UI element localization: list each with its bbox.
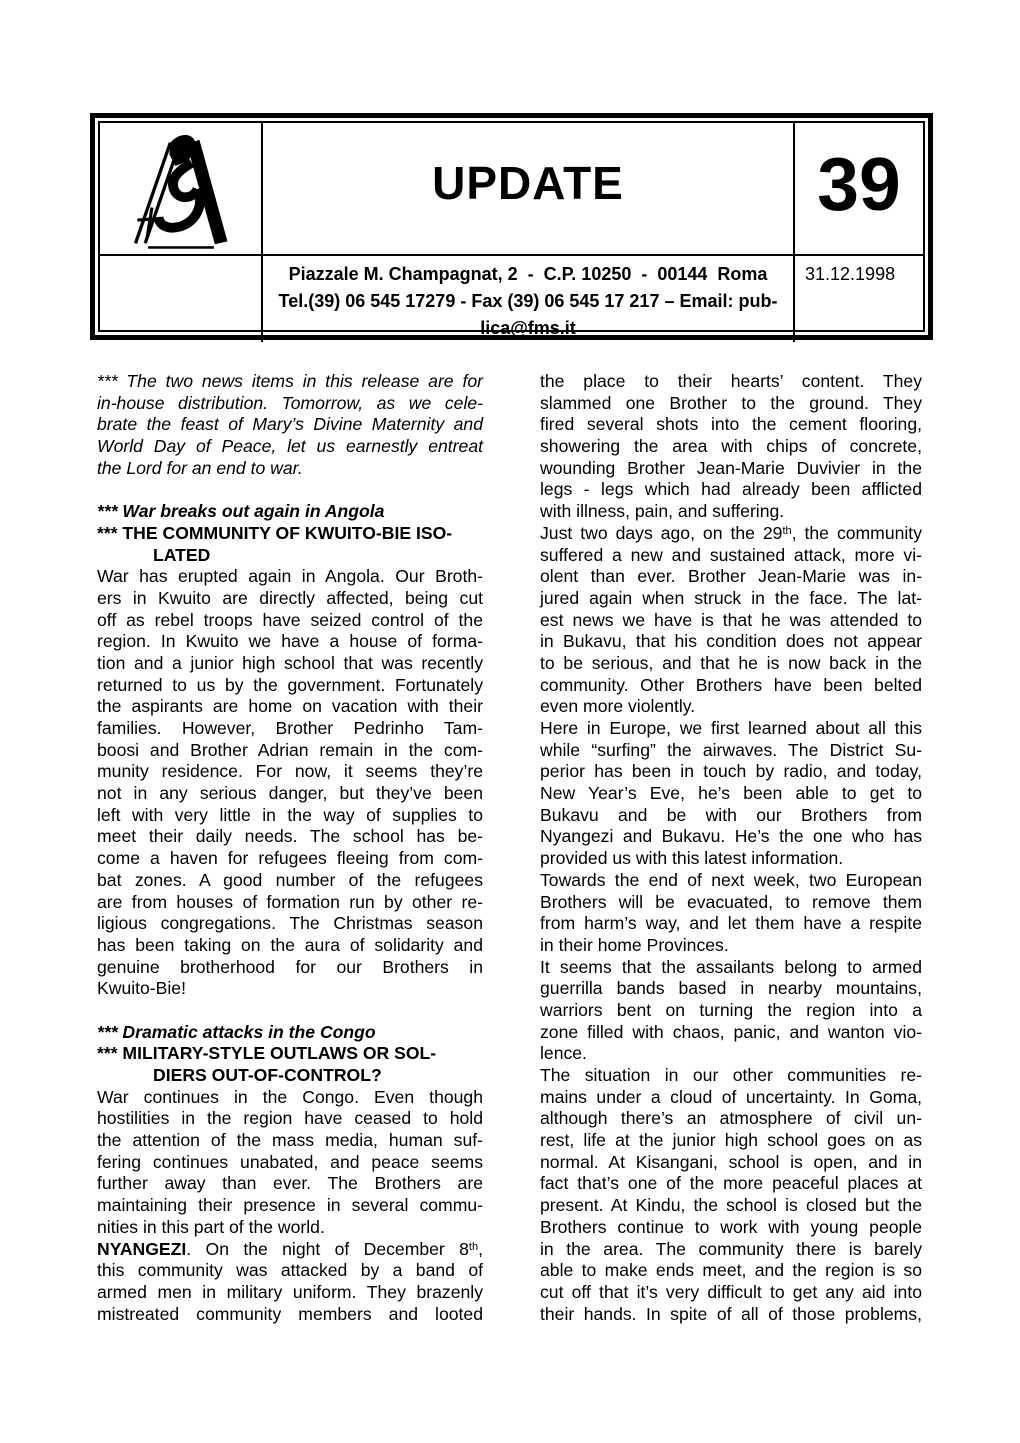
text-line: able to make ends meet, and the region i… [540, 1260, 922, 1282]
fms-marist-monogram-icon [125, 131, 237, 253]
article-body: *** The two news items in this release a… [97, 371, 922, 1325]
text-line: wounding Brother Jean-Marie Duvivier in … [540, 458, 922, 480]
paragraph: War continues in the Congo. Even thoughh… [97, 1087, 483, 1239]
text-line: lence. [540, 1043, 922, 1065]
paragraph: War has erupted again in Angola. Our Bro… [97, 566, 483, 1000]
title-cell: UPDATE [263, 123, 795, 256]
text-line: this community was attacked by a band of [97, 1260, 483, 1282]
newsletter-page: UPDATE 39 Piazzale M. Champagnat, 2 - C.… [0, 0, 1020, 1443]
text-line: present. At Kindu, the school is closed … [540, 1195, 922, 1217]
text-line: nities in this part of the world. [97, 1217, 483, 1239]
text-line: warriors bent on turning the region into… [540, 1000, 922, 1022]
issue-number: 39 [817, 147, 900, 222]
text-line: perior has been in touch by radio, and t… [540, 761, 922, 783]
text-line: *** MILITARY-STYLE OUTLAWS OR SOL- [97, 1043, 483, 1065]
text-line: off as rebel troops have seized control … [97, 610, 483, 632]
text-line: further away than ever. The Brothers are [97, 1173, 483, 1195]
text-line: jured again when struck in the face. The… [540, 588, 922, 610]
text-line: fering continues unabated, and peace see… [97, 1152, 483, 1174]
text-line: to be serious, and that he is now back i… [540, 653, 922, 675]
text-line: rest, life at the junior high school goe… [540, 1130, 922, 1152]
text-line: Towards the end of next week, two Europe… [540, 870, 922, 892]
text-line: fired several shots into the cement floo… [540, 414, 922, 436]
masthead: UPDATE 39 Piazzale M. Champagnat, 2 - C.… [90, 113, 933, 340]
text-line: Just two days ago, on the 29th, the comm… [540, 523, 922, 545]
text-line: armed men in military uniform. They braz… [97, 1282, 483, 1304]
text-line: Brothers continue to work with young peo… [540, 1217, 922, 1239]
date-text: 31.12.1998 [805, 264, 895, 284]
text-line: families. However, Brother Pedrinho Tam- [97, 718, 483, 740]
text-line: fact that’s one of the more peaceful pla… [540, 1173, 922, 1195]
text-line: War has erupted again in Angola. Our Bro… [97, 566, 483, 588]
text-line: suffered a new and sustained attack, mor… [540, 545, 922, 567]
text-line: LATED [97, 545, 483, 567]
text-line: tion and a junior high school that was r… [97, 653, 483, 675]
paragraph: The situation in our other communities r… [540, 1065, 922, 1325]
text-line: in Bukavu, that his condition does not a… [540, 631, 922, 653]
text-line: the place to their hearts’ content. They [540, 371, 922, 393]
text-line: mistreated community members and looted [97, 1304, 483, 1326]
section-heading: *** MILITARY-STYLE OUTLAWS OR SOL-DIERS … [97, 1043, 483, 1086]
text-line: left with very little in the way of supp… [97, 805, 483, 827]
text-line: come a haven for refugees fleeing from c… [97, 848, 483, 870]
text-line: New Year’s Eve, he’s been able to get to [540, 783, 922, 805]
text-line: War continues in the Congo. Even though [97, 1087, 483, 1109]
text-line: while “surfing” the airwaves. The Distri… [540, 740, 922, 762]
text-line: the aspirants are home on vacation with … [97, 696, 483, 718]
text-line: Kwuito-Bie! [97, 978, 483, 1000]
text-line: Nyangezi and Bukavu. He’s the one who ha… [540, 826, 922, 848]
text-line: in-house distribution. Tomorrow, as we c… [97, 393, 483, 415]
paragraph: Here in Europe, we first learned about a… [540, 718, 922, 870]
newsletter-title: UPDATE [432, 156, 624, 210]
text-line: munity residence. For now, it seems they… [97, 761, 483, 783]
text-line: olent than ever. Brother Jean-Marie was … [540, 566, 922, 588]
text-line: est news we have is that he was attended… [540, 610, 922, 632]
publication-date: 31.12.1998 [795, 256, 923, 342]
address-line: Piazzale M. Champagnat, 2 - C.P. 10250 -… [263, 261, 793, 288]
text-line: ligious congregations. The Christmas sea… [97, 913, 483, 935]
text-line: NYANGEZI. On the night of December 8th, [97, 1239, 483, 1261]
section-heading: *** War breaks out again in Angola [97, 501, 483, 523]
text-line: even more violently. [540, 696, 922, 718]
paragraph: Just two days ago, on the 29th, the comm… [540, 523, 922, 718]
text-line: bat zones. A good number of the refugees [97, 870, 483, 892]
text-line: their hands. In spite of all of those pr… [540, 1304, 922, 1326]
text-line: the attention of the mass media, human s… [97, 1130, 483, 1152]
text-line: *** THE COMMUNITY OF KWUITO-BIE ISO- [97, 523, 483, 545]
text-line: maintaining their presence in several co… [97, 1195, 483, 1217]
section-heading: *** Dramatic attacks in the Congo [97, 1022, 483, 1044]
paragraph: the place to their hearts’ content. They… [540, 371, 922, 523]
text-line: has been taking on the aura of solidarit… [97, 935, 483, 957]
text-line: from harm’s way, and let them have a res… [540, 913, 922, 935]
masthead-table: UPDATE 39 Piazzale M. Champagnat, 2 - C.… [98, 121, 925, 332]
text-line: World Day of Peace, let us earnestly ent… [97, 436, 483, 458]
left-column: *** The two news items in this release a… [97, 371, 483, 1325]
text-line: *** Dramatic attacks in the Congo [97, 1022, 483, 1044]
text-line: returned to us by the government. Fortun… [97, 675, 483, 697]
paragraph: It seems that the assailants belong to a… [540, 957, 922, 1065]
text-line: *** The two news items in this release a… [97, 371, 483, 393]
text-line: slammed one Brother to the ground. They [540, 393, 922, 415]
section-heading: *** THE COMMUNITY OF KWUITO-BIE ISO-LATE… [97, 523, 483, 566]
text-line: region. In Kwuito we have a house of for… [97, 631, 483, 653]
paragraph: NYANGEZI. On the night of December 8th,t… [97, 1239, 483, 1326]
text-line: in their home Provinces. [540, 935, 922, 957]
text-line: brate the feast of Mary’s Divine Materni… [97, 414, 483, 436]
address-line: Tel.(39) 06 545 17279 - Fax (39) 06 545 … [263, 288, 793, 315]
text-line: not in any serious danger, but they’ve b… [97, 783, 483, 805]
text-line: legs - legs which had already been affli… [540, 479, 922, 501]
text-line: although there’s an atmosphere of civil … [540, 1108, 922, 1130]
text-line: guerrilla bands based in nearby mountain… [540, 978, 922, 1000]
text-line: Brothers will be evacuated, to remove th… [540, 892, 922, 914]
text-line: meet their daily needs. The school has b… [97, 826, 483, 848]
text-line: It seems that the assailants belong to a… [540, 957, 922, 979]
text-line: genuine brotherhood for our Brothers in [97, 957, 483, 979]
text-line: community. Other Brothers have been belt… [540, 675, 922, 697]
text-line: Here in Europe, we first learned about a… [540, 718, 922, 740]
text-line: boosi and Brother Adrian remain in the c… [97, 740, 483, 762]
text-line: with illness, pain, and suffering. [540, 501, 922, 523]
text-line: showering the area with chips of concret… [540, 436, 922, 458]
issue-number-cell: 39 [795, 123, 923, 256]
text-line: normal. At Kisangani, school is open, an… [540, 1152, 922, 1174]
text-line: in the area. The community there is bare… [540, 1239, 922, 1261]
text-line: DIERS OUT-OF-CONTROL? [97, 1065, 483, 1087]
text-line: ers in Kwuito are directly affected, bei… [97, 588, 483, 610]
address-block: Piazzale M. Champagnat, 2 - C.P. 10250 -… [263, 256, 795, 342]
text-line: provided us with this latest information… [540, 848, 922, 870]
logo-cell [100, 123, 263, 256]
text-line: zone filled with chaos, panic, and wanto… [540, 1022, 922, 1044]
paragraph: Towards the end of next week, two Europe… [540, 870, 922, 957]
empty-cell [100, 256, 263, 342]
text-line: hostilities in the region have ceased to… [97, 1108, 483, 1130]
text-line: Bukavu and be with our Brothers from [540, 805, 922, 827]
text-line: *** War breaks out again in Angola [97, 501, 483, 523]
text-line: are from houses of formation run by othe… [97, 892, 483, 914]
text-line: cut off that it’s very difficult to get … [540, 1282, 922, 1304]
section-heading: *** The two news items in this release a… [97, 371, 483, 479]
text-line: mains under a cloud of uncertainty. In G… [540, 1087, 922, 1109]
right-column: the place to their hearts’ content. They… [540, 371, 922, 1325]
text-line: the Lord for an end to war. [97, 458, 483, 480]
address-line: lica@fms.it [263, 315, 793, 342]
text-line: The situation in our other communities r… [540, 1065, 922, 1087]
